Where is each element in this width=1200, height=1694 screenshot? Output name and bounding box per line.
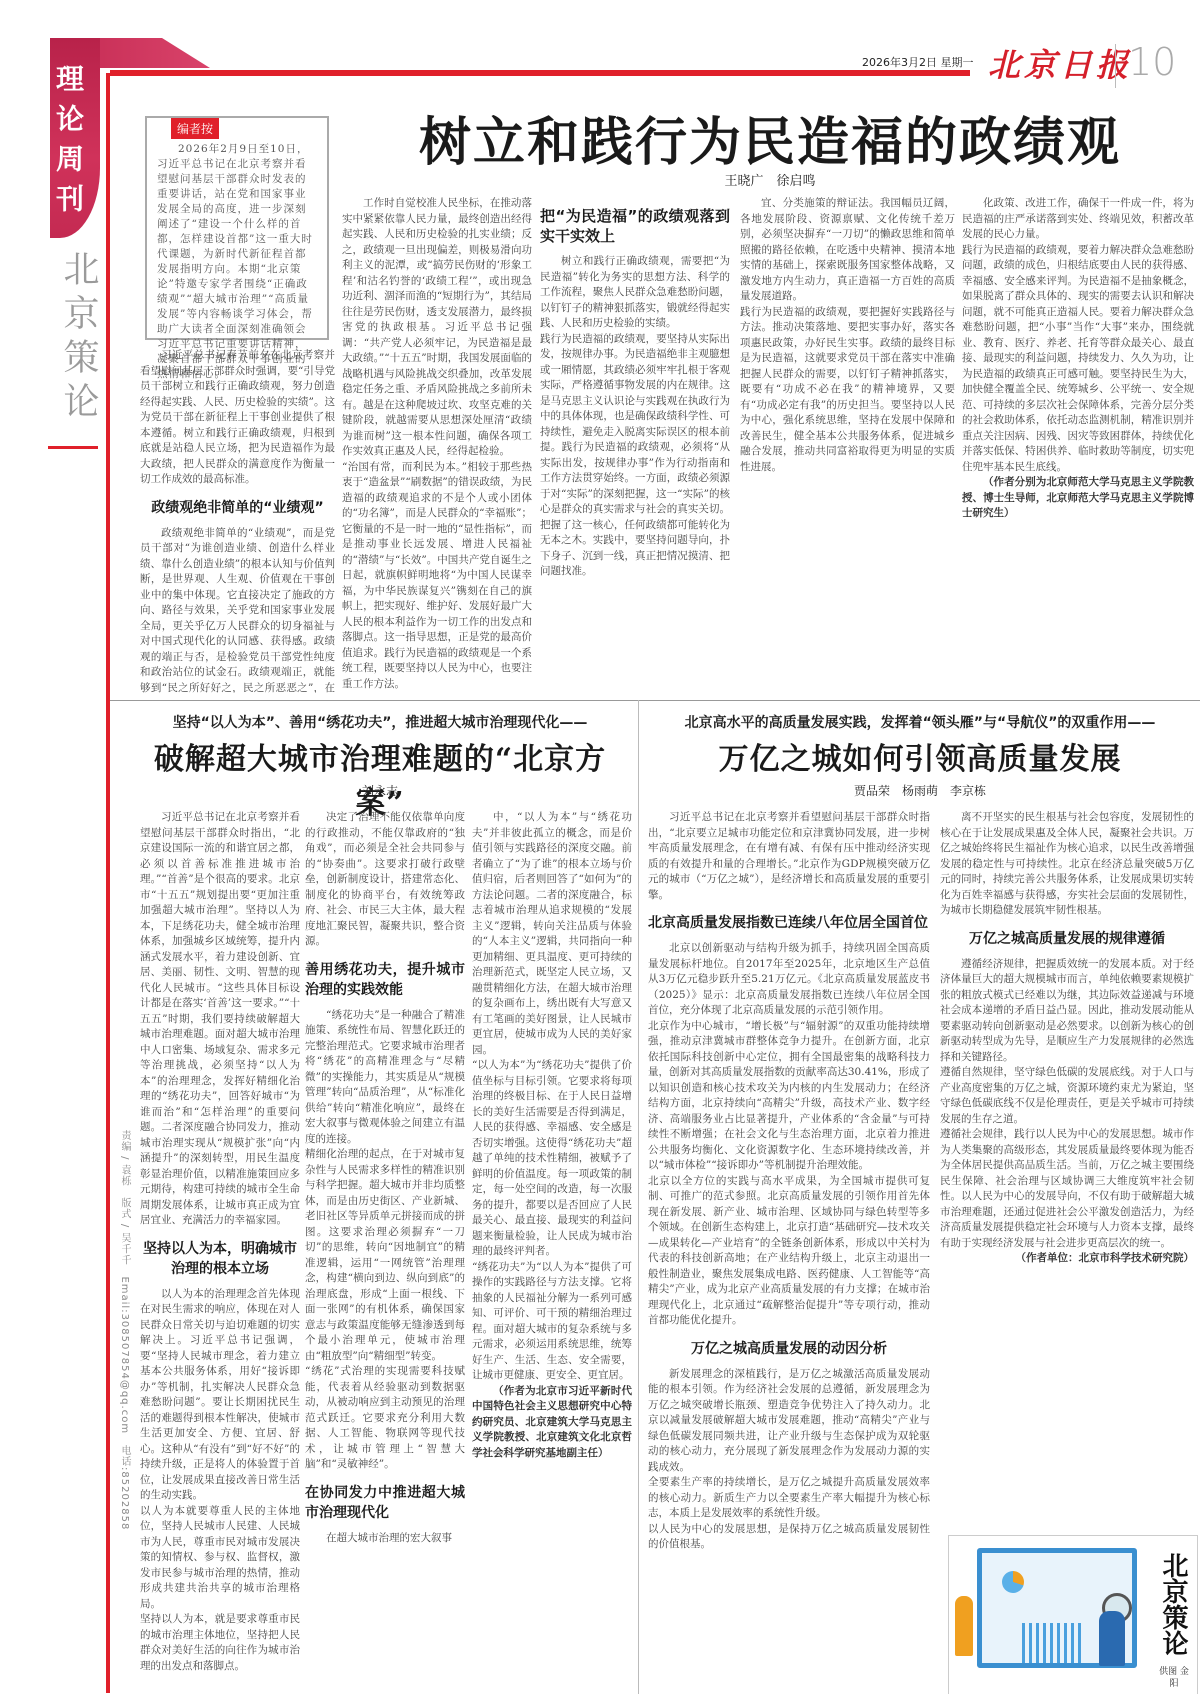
- illustration-title: 北京策论: [1154, 1552, 1188, 1656]
- article2-paragraph: 以人为本的治理理念首先体现在对民生需求的响应，体现在对人民群众日常关切与迫切难题…: [140, 1287, 300, 1675]
- article3-paragraph: 离不开坚实的民生根基与社会包容度，发展韧性的核心在于让发展成果惠及全体人民，凝聚…: [940, 810, 1194, 919]
- article2-paragraph: “绣花功夫”是一种融合了精准施策、系统性布局、智慧化跃迁的完整治理范式。它要求城…: [305, 1008, 465, 1473]
- article1-column-3: 把“为民造福”的政绩观落到实干实效上 树立和践行正确政绩观，需要把“为民造福”转…: [540, 196, 730, 696]
- article2-column-2: 决定了治理不能仅依靠单向度的行政推动，不能仅靠政府的“独角戏”，而必须是全社会共…: [305, 810, 465, 1690]
- article3-author: 贾品荣 杨雨萌 李京栋: [640, 782, 1200, 799]
- article2-paragraph: 中，“以人为本”与“绣花功夫”并非彼此孤立的概念，而是价值引领与实践路径的深度交…: [472, 810, 632, 1384]
- article1-paragraph: 宜、分类施策的辩证法。我国幅员辽阔，各地发展阶段、资源禀赋、文化传统千差万别，必…: [740, 196, 955, 475]
- article1-paragraph: 工作时自觉校准人民坐标，在推动落实中紧紧依靠人民力量，最终创造出经得起实践、人民…: [342, 196, 532, 692]
- article2-author-credit: （作者为北京市习近平新时代中国特色社会主义思想研究中心特约研究员、北京建筑大学马…: [472, 1384, 632, 1462]
- illustration-credit: 供图 金阳: [1157, 1666, 1191, 1690]
- article2-subhead-1: 坚持以人为本，明确城市治理的根本立场: [140, 1239, 300, 1279]
- article1-intro: 习近平总书记春节前夕在北京考察并看望慰问基层干部群众时强调，要“引导党员干部树立…: [140, 348, 335, 488]
- article2-column-1: 习近平总书记在北京考察并看望慰问基层干部群众时指出，“北京建设国际一流的和谐宜居…: [140, 810, 300, 1690]
- person-figure-icon: [955, 1596, 973, 1656]
- article2-subhead-2: 善用绣花功夫，提升城市治理的实践效能: [305, 960, 465, 1000]
- article1-title: 树立和践行为民造福的政绩观: [340, 100, 1200, 175]
- bar-chart-icon: [1022, 1623, 1082, 1663]
- article3-subhead-2: 万亿之城高质量发展的动因分析: [648, 1339, 930, 1359]
- article3-column-2: 离不开坚实的民生根基与社会包容度，发展韧性的核心在于让发展成果惠及全体人民，凝聚…: [940, 810, 1194, 1530]
- article1-paragraph: 政绩观绝非简单的“业绩观”，而是党员干部对“为谁创造业绩、创造什么样业绩、靠什么…: [140, 526, 335, 694]
- article1-column-5: 化政策、改进工作，确保干一件成一件，将为民造福的庄严承诺落到实处、终端见效，积蓄…: [962, 196, 1194, 696]
- editor-note-tag: 编者按: [171, 118, 219, 139]
- article1-subhead-2: 把“为民造福”的政绩观落到实干实效上: [540, 206, 730, 246]
- article1-column-1: 习近平总书记春节前夕在北京考察并看望慰问基层干部群众时强调，要“引导党员干部树立…: [140, 348, 335, 693]
- article3-kicker: 北京高水平的高质量发展实践，发挥着“领头雁”与“导航仪”的双重作用——: [640, 712, 1200, 732]
- article1-paragraph: 化政策、改进工作，确保干一件成一件，将为民造福的庄严承诺落到实处、终端见效，积蓄…: [962, 196, 1194, 475]
- article2-author: 刘永志: [130, 782, 630, 799]
- column-illustration: 北京策论 供图 金阳: [948, 1535, 1198, 1694]
- article2-paragraph: 在超大城市治理的宏大叙事: [305, 1531, 465, 1547]
- page-number: 10: [1128, 40, 1176, 84]
- article1-subhead-1: 政绩观绝非简单的“业绩观”: [140, 498, 335, 518]
- article2-subhead-3: 在协同发力中推进超大城市治理现代化: [305, 1483, 465, 1523]
- article3-subhead-3: 万亿之城高质量发展的规律遵循: [940, 929, 1194, 949]
- article2-paragraph: 习近平总书记在北京考察并看望慰问基层干部群众时指出，“北京建设国际一流的和谐宜居…: [140, 810, 300, 1229]
- article3-paragraph: 北京以创新驱动与结构升级为抓手，持续巩固全国高质量发展标杆地位。自2017年至2…: [648, 941, 930, 1329]
- article1-byline: 王晓广 徐启鸣: [340, 170, 1200, 189]
- article1-author-credit: （作者分别为北京师范大学马克思主义学院教授、博士生导师，北京师范大学马克思主义学…: [962, 475, 1194, 522]
- column-name: 北京策论: [52, 250, 102, 426]
- article1-column-4: 宜、分类施策的辩证法。我国幅员辽阔，各地发展阶段、资源禀赋、文化传统千差万别，必…: [740, 196, 955, 696]
- article3-paragraph: 遵循经济规律，把握质效统一的发展本质。对于经济体量巨大的超大规模城市而言，单纯依…: [940, 957, 1194, 1252]
- section-divider: [110, 700, 1200, 701]
- article3-paragraph: 新发展理念的深植践行，是万亿之城激活高质量发展动能的根本引领。作为经济社会发展的…: [648, 1367, 930, 1553]
- column-name-underline: [48, 446, 98, 449]
- article2-column-3: 中，“以人为本”与“绣花功夫”并非彼此孤立的概念，而是价值引领与实践路径的深度交…: [472, 810, 632, 1690]
- article2-kicker: 坚持“以人为本”、善用“绣花功夫”，推进超大城市治理现代化——: [130, 712, 630, 732]
- article2-paragraph: 决定了治理不能仅依靠单向度的行政推动，不能仅靠政府的“独角戏”，而必须是全社会共…: [305, 810, 465, 950]
- article3-author-credit: （作者单位：北京市科学技术研究院）: [940, 1251, 1194, 1267]
- pie-chart-icon: [1002, 1571, 1024, 1593]
- article1-paragraph: 树立和践行正确政绩观，需要把“为民造福”转化为务实的思想方法、科学的工作流程，聚…: [540, 254, 730, 580]
- column-divider: [638, 700, 639, 1694]
- masthead-rule: [110, 70, 970, 76]
- article3-subhead-1: 北京高质量发展指数已连续八年位居全国首位: [648, 913, 930, 933]
- newspaper-logo: 北京日报: [988, 40, 1132, 86]
- article2-title: 破解超大城市治理难题的“北京方案”: [130, 734, 630, 822]
- editor-note: 编者按 2026年2月9日至10日，习近平总书记在北京考察并看望慰问基层干部群众…: [145, 116, 329, 340]
- left-red-rule: [106, 73, 110, 1693]
- article3-paragraph: 习近平总书记在北京考察并看望慰问基层干部群众时指出，“北京要立足城市功能定位和京…: [648, 810, 930, 903]
- section-ribbon-label: 理论周刊: [60, 64, 90, 224]
- article3-column-1: 习近平总书记在北京考察并看望慰问基层干部群众时指出，“北京要立足城市功能定位和京…: [648, 810, 930, 1690]
- staff-info: 责编 / 袁栎 版式 / 吴千千 Email:308507854@qq.com …: [112, 1130, 132, 1530]
- article3-title: 万亿之城如何引领高质量发展: [640, 734, 1200, 778]
- issue-date: 2026年3月2日 星期一: [862, 54, 974, 70]
- editor-note-text: 2026年2月9日至10日，习近平总书记在北京考察并看望慰问基层干部群众时发表的…: [157, 142, 317, 382]
- article1-column-2: 工作时自觉校准人民坐标，在推动落实中紧紧依靠人民力量，最终创造出经得起实践、人民…: [342, 196, 532, 696]
- person-figure-icon: [1099, 1611, 1125, 1666]
- page-separator: [1115, 44, 1116, 88]
